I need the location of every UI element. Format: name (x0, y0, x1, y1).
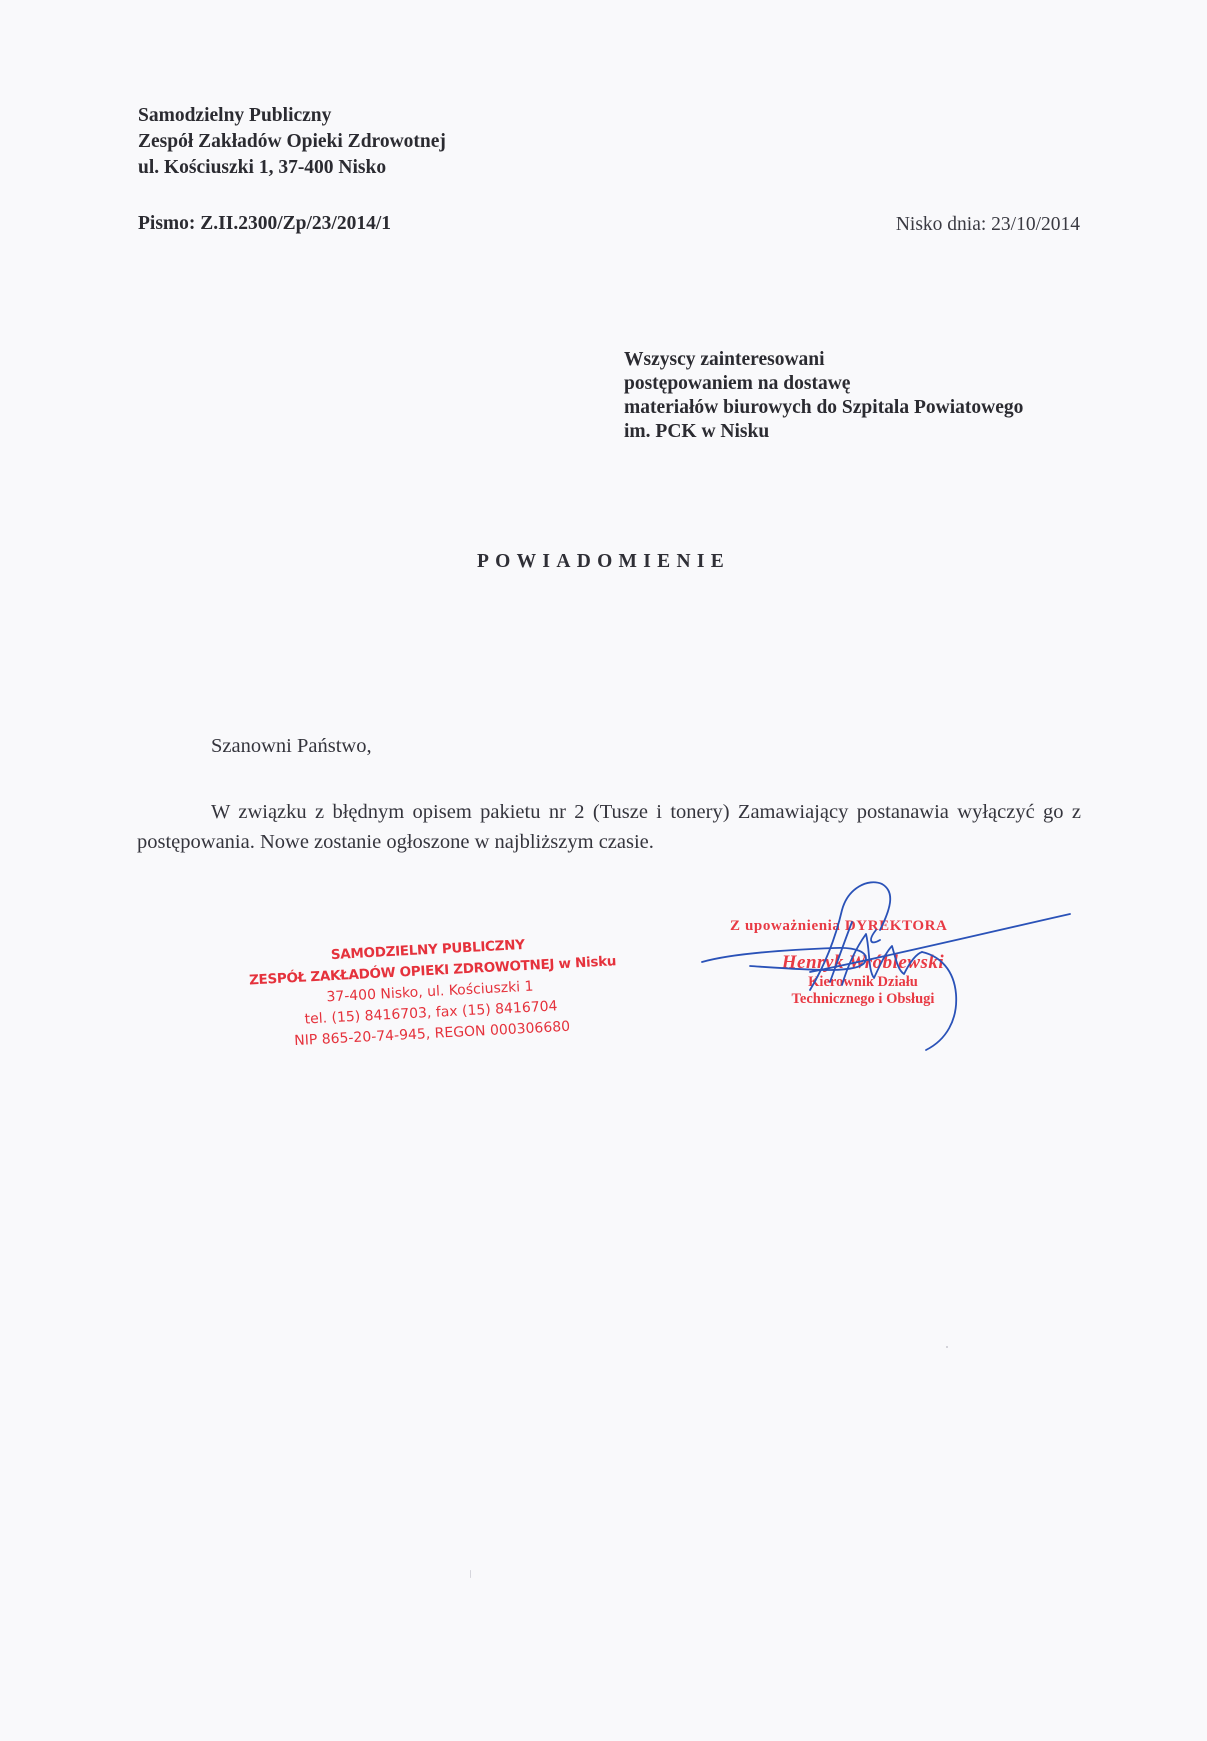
addressee-line: im. PCK w Nisku (624, 420, 1023, 444)
signature-stamp: Z upoważnienia DYREKTORA Henryk Wróblews… (718, 918, 1008, 1008)
signatory-role: Technicznego i Obsługi (718, 991, 1008, 1008)
scan-speck (946, 1346, 948, 1348)
reference-number: Pismo: Z.II.2300/Zp/23/2014/1 (138, 213, 391, 235)
salutation: Szanowni Państwo, (211, 735, 372, 758)
signatory-role: Kierownik Działu (718, 974, 1008, 991)
document-title: POWIADOMIENIE (0, 551, 1207, 573)
sender-line: ul. Kościuszki 1, 37-400 Nisko (138, 155, 446, 181)
addressee-block: Wszyscy zainteresowani postępowaniem na … (624, 348, 1023, 444)
addressee-line: postępowaniem na dostawę (624, 372, 1023, 396)
sender-line: Samodzielny Publiczny (138, 103, 446, 129)
body-paragraph: W związku z błędnym opisem pakietu nr 2 … (137, 797, 1081, 857)
addressee-line: Wszyscy zainteresowani (624, 348, 1023, 372)
addressee-line: materiałów biurowych do Szpitala Powiato… (624, 396, 1023, 420)
scan-speck (470, 1570, 471, 1578)
letter-date: Nisko dnia: 23/10/2014 (896, 214, 1080, 236)
letter-page: Samodzielny Publiczny Zespół Zakładów Op… (0, 0, 1207, 1741)
sender-line: Zespół Zakładów Opieki Zdrowotnej (138, 129, 446, 155)
authorization-text: Z upoważnienia DYREKTORA (730, 918, 1008, 935)
institution-stamp: SAMODZIELNY PUBLICZNY ZESPÓŁ ZAKŁADÓW OP… (247, 931, 612, 1055)
sender-block: Samodzielny Publiczny Zespół Zakładów Op… (138, 103, 446, 181)
signatory-name: Henryk Wróblewski (718, 952, 1008, 974)
